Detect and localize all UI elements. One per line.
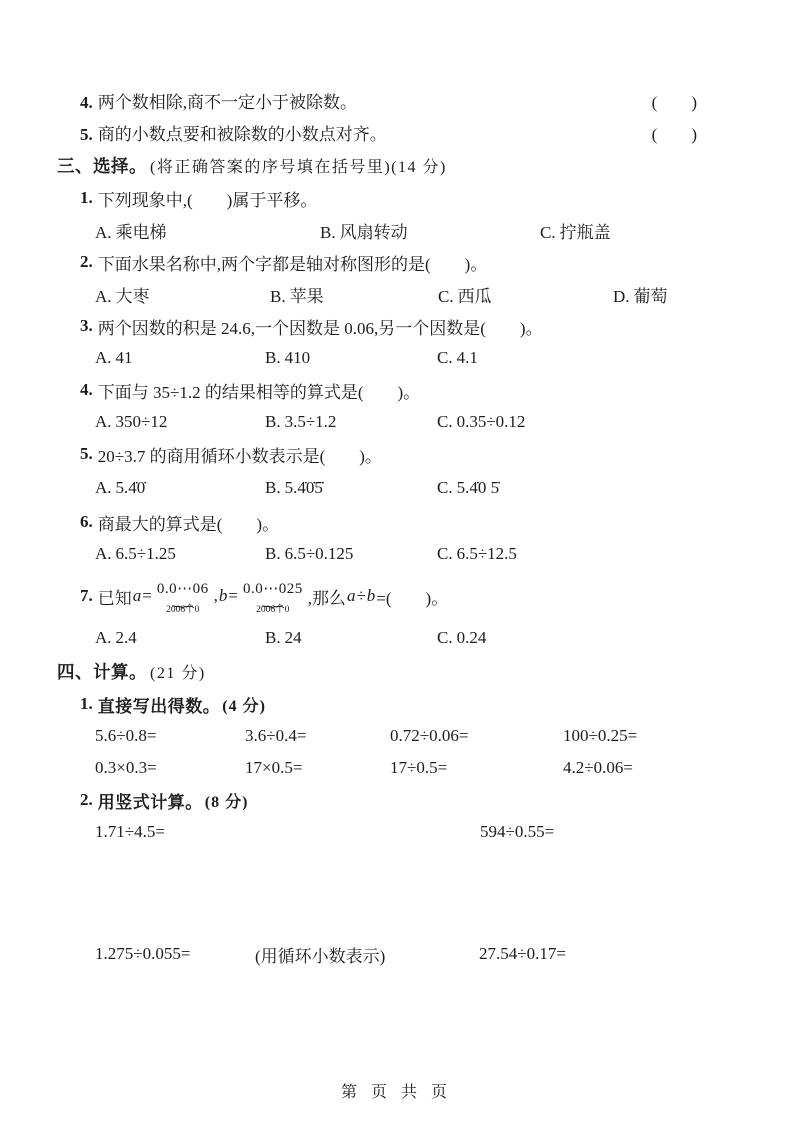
- option-text: 苹果: [290, 282, 324, 307]
- option-c: C.0.35÷0.12: [437, 412, 525, 432]
- option-label: B.: [265, 412, 281, 432]
- option-label: B.: [265, 478, 281, 498]
- option-text: 5.4̇0̇: [116, 478, 146, 498]
- question-text: 商最大的算式是( )。: [98, 510, 279, 535]
- option-c: C.6.5÷12.5: [437, 544, 517, 564]
- option-c: C.4.1: [437, 348, 478, 368]
- variable-b: b: [219, 586, 228, 606]
- question-7-options: A.2.4 B.24 C.0.24: [95, 622, 697, 654]
- question-number: 1.: [80, 188, 93, 208]
- true-false-item-5: 5.商的小数点要和被除数的小数点对齐。 ( ): [80, 116, 697, 148]
- expression-b: b: [367, 586, 376, 606]
- option-label: A.: [95, 544, 112, 564]
- item-line: 5.商的小数点要和被除数的小数点对齐。: [80, 120, 387, 145]
- section-note: (21 分): [150, 660, 206, 683]
- subsection-note: (4 分): [222, 693, 266, 716]
- option-label: C.: [540, 223, 556, 243]
- calc-expression: 3.6÷0.4=: [245, 726, 390, 746]
- option-c: C.西瓜: [438, 282, 613, 307]
- answer-parentheses: ( ): [652, 88, 697, 113]
- section-4-heading: 四、计算。 (21 分): [57, 654, 697, 688]
- option-text: 拧瓶盖: [560, 218, 611, 243]
- subsection-2-heading: 2. 用竖式计算。 (8 分): [80, 784, 697, 816]
- option-text: 410: [285, 348, 311, 368]
- question-text-lead: 已知: [98, 584, 132, 609]
- calc-expression: 17÷0.5=: [390, 758, 563, 778]
- option-d: D.葡萄: [613, 282, 668, 307]
- test-paper-page: 4.两个数相除,商不一定小于被除数。 ( ) 5.商的小数点要和被除数的小数点对…: [0, 0, 793, 1122]
- option-label: D.: [613, 287, 630, 307]
- division-sign: ÷: [356, 586, 365, 606]
- option-c: C.拧瓶盖: [540, 218, 611, 243]
- option-text: 0.24: [457, 628, 487, 648]
- option-label: C.: [438, 287, 454, 307]
- item-number: 4.: [80, 93, 93, 112]
- question-4: 4.下面与 35÷1.2 的结果相等的算式是( )。: [80, 374, 697, 406]
- option-text: 乘电梯: [116, 218, 167, 243]
- subsection-title: 用竖式计算。: [98, 788, 203, 813]
- option-label: A.: [95, 478, 112, 498]
- underbrace-icon: ⏟: [262, 597, 284, 604]
- subsection-number: 2.: [80, 790, 93, 810]
- question-1: 1.下列现象中,( )属于平移。: [80, 182, 697, 214]
- calc-expression: 0.3×0.3=: [95, 758, 245, 778]
- option-label: C.: [437, 412, 453, 432]
- question-number: 3.: [80, 316, 93, 336]
- option-text: 西瓜: [458, 282, 492, 307]
- item-text: 两个数相除,商不一定小于被除数。: [98, 93, 357, 112]
- question-text-mid: ,那么: [308, 584, 346, 609]
- calc-expression: 1.71÷4.5=: [95, 822, 480, 842]
- comma: ,: [214, 586, 218, 606]
- question-number: 7.: [80, 586, 93, 606]
- calc-expression: 5.6÷0.8=: [95, 726, 245, 746]
- option-label: A.: [95, 223, 112, 243]
- option-text: 350÷12: [116, 412, 168, 432]
- section-title: 四、计算。: [57, 659, 147, 684]
- option-text: 2.4: [116, 628, 137, 648]
- option-a: A.大枣: [95, 282, 270, 307]
- item-number: 5.: [80, 125, 93, 144]
- question-2: 2.下面水果名称中,两个字都是轴对称图形的是( )。: [80, 246, 697, 278]
- option-a: A.41: [95, 348, 265, 368]
- option-c: C.5.4̇0 5̇: [437, 478, 499, 498]
- question-7: 7. 已知 a = 0.0⋯06 ⏟ 2006个0 , b = 0.0⋯025 …: [80, 570, 697, 622]
- question-text: 两个因数的积是 24.6,一个因数是 0.06,另一个因数是( )。: [98, 314, 543, 339]
- option-b: B.风扇转动: [320, 218, 540, 243]
- variable-a: a: [133, 586, 142, 606]
- option-a: A.2.4: [95, 628, 265, 648]
- subsection-1-heading: 1. 直接写出得数。 (4 分): [80, 688, 697, 720]
- option-label: C.: [437, 628, 453, 648]
- item-text: 商的小数点要和被除数的小数点对齐。: [98, 125, 387, 144]
- calc-expression: 0.72÷0.06=: [390, 726, 563, 746]
- calc-expression: 1.275÷0.055=: [95, 944, 255, 964]
- option-label: B.: [265, 628, 281, 648]
- subsection-number: 1.: [80, 694, 93, 714]
- equals-sign: =: [142, 586, 152, 606]
- answer-parentheses: ( ): [652, 120, 697, 145]
- question-number: 4.: [80, 380, 93, 400]
- calc-expression: 100÷0.25=: [563, 726, 637, 746]
- calc-expression: 4.2÷0.06=: [563, 758, 633, 778]
- option-label: B.: [265, 348, 281, 368]
- mental-math-row-1: 5.6÷0.8= 3.6÷0.4= 0.72÷0.06= 100÷0.25=: [95, 720, 697, 752]
- option-label: C.: [437, 348, 453, 368]
- option-b: B.24: [265, 628, 437, 648]
- equals-sign: =: [228, 586, 238, 606]
- question-3-options: A.41 B.410 C.4.1: [95, 342, 697, 374]
- option-text: 葡萄: [634, 282, 668, 307]
- true-false-item-4: 4.两个数相除,商不一定小于被除数。 ( ): [80, 84, 697, 116]
- question-number: 6.: [80, 512, 93, 532]
- option-a: A.6.5÷1.25: [95, 544, 265, 564]
- option-label: C.: [437, 544, 453, 564]
- option-text: 6.5÷12.5: [457, 544, 517, 564]
- option-label: A.: [95, 348, 112, 368]
- option-c: C.0.24: [437, 628, 486, 648]
- option-a: A.乘电梯: [95, 218, 320, 243]
- question-1-options: A.乘电梯 B.风扇转动 C.拧瓶盖: [95, 214, 697, 246]
- option-b: B.6.5÷0.125: [265, 544, 437, 564]
- question-text-tail: =( )。: [376, 584, 448, 609]
- option-text: 5.4̇0̇5̇: [285, 478, 323, 498]
- option-text: 6.5÷1.25: [116, 544, 176, 564]
- section-note: (将正确答案的序号填在括号里)(14 分): [150, 154, 447, 177]
- option-text: 风扇转动: [340, 218, 408, 243]
- option-label: B.: [265, 544, 281, 564]
- vertical-calc-row-1: 1.71÷4.5= 594÷0.55=: [95, 816, 697, 848]
- option-text: 41: [116, 348, 133, 368]
- expression-a: a: [347, 586, 356, 606]
- underbrace-icon: ⏟: [172, 597, 194, 604]
- option-a: A.350÷12: [95, 412, 265, 432]
- question-6-options: A.6.5÷1.25 B.6.5÷0.125 C.6.5÷12.5: [95, 538, 697, 570]
- option-b: B.410: [265, 348, 437, 368]
- question-text: 下面水果名称中,两个字都是轴对称图形的是( )。: [98, 250, 488, 275]
- underbrace-number-a: 0.0⋯06 ⏟ 2006个0: [157, 582, 209, 615]
- underbrace-label: 2006个0: [256, 606, 289, 616]
- mental-math-row-2: 0.3×0.3= 17×0.5= 17÷0.5= 4.2÷0.06=: [95, 752, 697, 784]
- question-3: 3.两个因数的积是 24.6,一个因数是 0.06,另一个因数是( )。: [80, 310, 697, 342]
- vertical-calc-row-2: 1.275÷0.055= (用循环小数表示) 27.54÷0.17=: [95, 938, 697, 970]
- question-text: 下列现象中,( )属于平移。: [98, 186, 318, 211]
- option-label: B.: [270, 287, 286, 307]
- question-5: 5.20÷3.7 的商用循环小数表示是( )。: [80, 438, 697, 470]
- option-label: B.: [320, 223, 336, 243]
- underbrace-label: 2006个0: [166, 606, 199, 616]
- option-b: B.苹果: [270, 282, 438, 307]
- working-space: [57, 848, 697, 938]
- option-label: A.: [95, 628, 112, 648]
- option-a: A.5.4̇0̇: [95, 478, 265, 498]
- section-title: 三、选择。: [57, 153, 147, 178]
- option-text: 6.5÷0.125: [285, 544, 354, 564]
- option-text: 3.5÷1.2: [285, 412, 337, 432]
- calc-expression: 17×0.5=: [245, 758, 390, 778]
- option-text: 大枣: [116, 282, 150, 307]
- calc-expression: 594÷0.55=: [480, 822, 554, 842]
- calc-expression: 27.54÷0.17=: [479, 944, 566, 964]
- option-b: B.3.5÷1.2: [265, 412, 437, 432]
- option-text: 4.1: [457, 348, 478, 368]
- option-text: 24: [285, 628, 302, 648]
- question-number: 5.: [80, 444, 93, 464]
- subsection-title: 直接写出得数。: [98, 692, 221, 717]
- question-4-options: A.350÷12 B.3.5÷1.2 C.0.35÷0.12: [95, 406, 697, 438]
- underbrace-number-b: 0.0⋯025 ⏟ 2006个0: [243, 582, 303, 615]
- question-text: 下面与 35÷1.2 的结果相等的算式是( )。: [98, 378, 420, 403]
- section-3-heading: 三、选择。 (将正确答案的序号填在括号里)(14 分): [57, 148, 697, 182]
- question-6: 6.商最大的算式是( )。: [80, 506, 697, 538]
- option-text: 0.35÷0.12: [457, 412, 526, 432]
- question-2-options: A.大枣 B.苹果 C.西瓜 D.葡萄: [95, 278, 697, 310]
- subsection-note: (8 分): [205, 789, 249, 812]
- item-line: 4.两个数相除,商不一定小于被除数。: [80, 88, 357, 113]
- option-text: 5.4̇0 5̇: [457, 478, 500, 498]
- page-content: 4.两个数相除,商不一定小于被除数。 ( ) 5.商的小数点要和被除数的小数点对…: [0, 0, 793, 970]
- option-label: A.: [95, 287, 112, 307]
- option-b: B.5.4̇0̇5̇: [265, 478, 437, 498]
- question-number: 2.: [80, 252, 93, 272]
- option-label: A.: [95, 412, 112, 432]
- option-label: C.: [437, 478, 453, 498]
- question-text: 20÷3.7 的商用循环小数表示是( )。: [98, 442, 382, 467]
- question-5-options: A.5.4̇0̇ B.5.4̇0̇5̇ C.5.4̇0 5̇: [95, 470, 697, 506]
- page-footer: 第 页 共 页: [0, 1079, 793, 1102]
- calc-instruction-note: (用循环小数表示): [255, 942, 479, 967]
